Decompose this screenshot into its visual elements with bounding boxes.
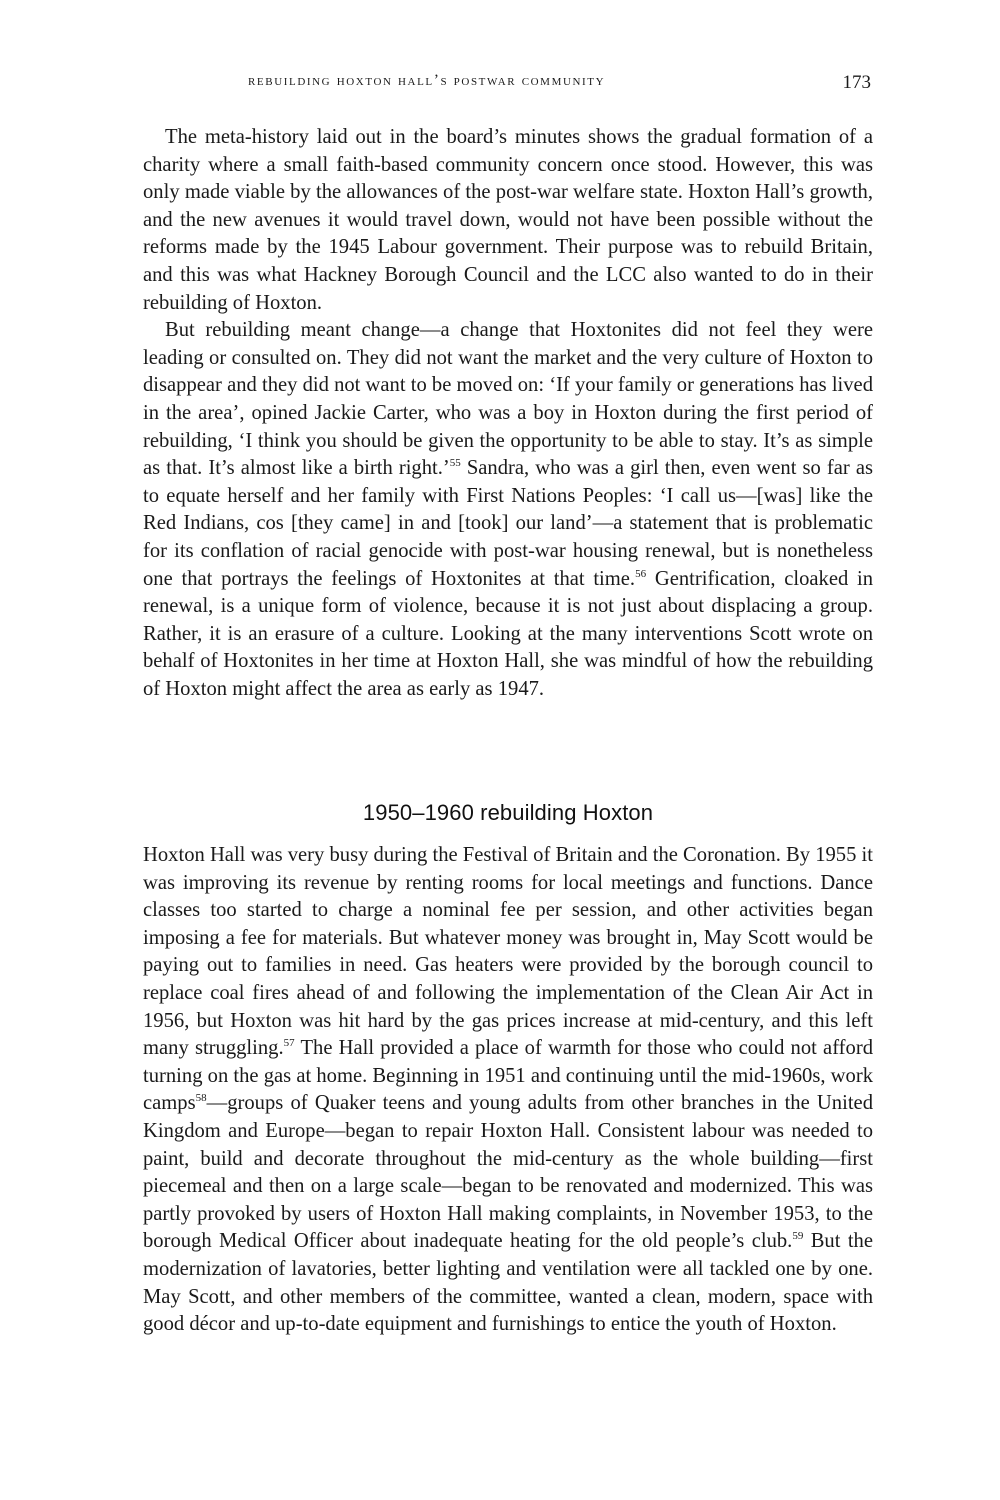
- section-1950-1960: Hoxton Hall was very busy during the Fes…: [143, 842, 873, 1339]
- paragraph-rebuilding-change: But rebuilding meant change—a change tha…: [143, 317, 873, 703]
- footnote-ref-55[interactable]: 55: [450, 457, 461, 469]
- footnote-ref-59[interactable]: 59: [792, 1230, 803, 1242]
- paragraph-meta-history: The meta-history laid out in the board’s…: [143, 124, 873, 317]
- section-heading: 1950–1960 rebuilding Hoxton: [143, 800, 873, 826]
- section-postwar-rebuilding: The meta-history laid out in the board’s…: [143, 124, 873, 703]
- footnote-ref-58[interactable]: 58: [196, 1092, 207, 1104]
- paragraph-hoxton-hall-busy: Hoxton Hall was very busy during the Fes…: [143, 842, 873, 1339]
- running-header: REBUILDING HOXTON HALL’S POSTWAR COMMUNI…: [140, 72, 873, 102]
- running-title: REBUILDING HOXTON HALL’S POSTWAR COMMUNI…: [248, 72, 605, 90]
- footnote-ref-56[interactable]: 56: [635, 568, 646, 580]
- paragraph-text: But rebuilding meant change—a change tha…: [143, 319, 873, 479]
- paragraph-text: Hoxton Hall was very busy during the Fes…: [143, 844, 873, 1059]
- paragraph-text: —groups of Quaker teens and young adults…: [143, 1092, 873, 1252]
- footnote-ref-57[interactable]: 57: [284, 1037, 295, 1049]
- page-number: 173: [843, 72, 872, 94]
